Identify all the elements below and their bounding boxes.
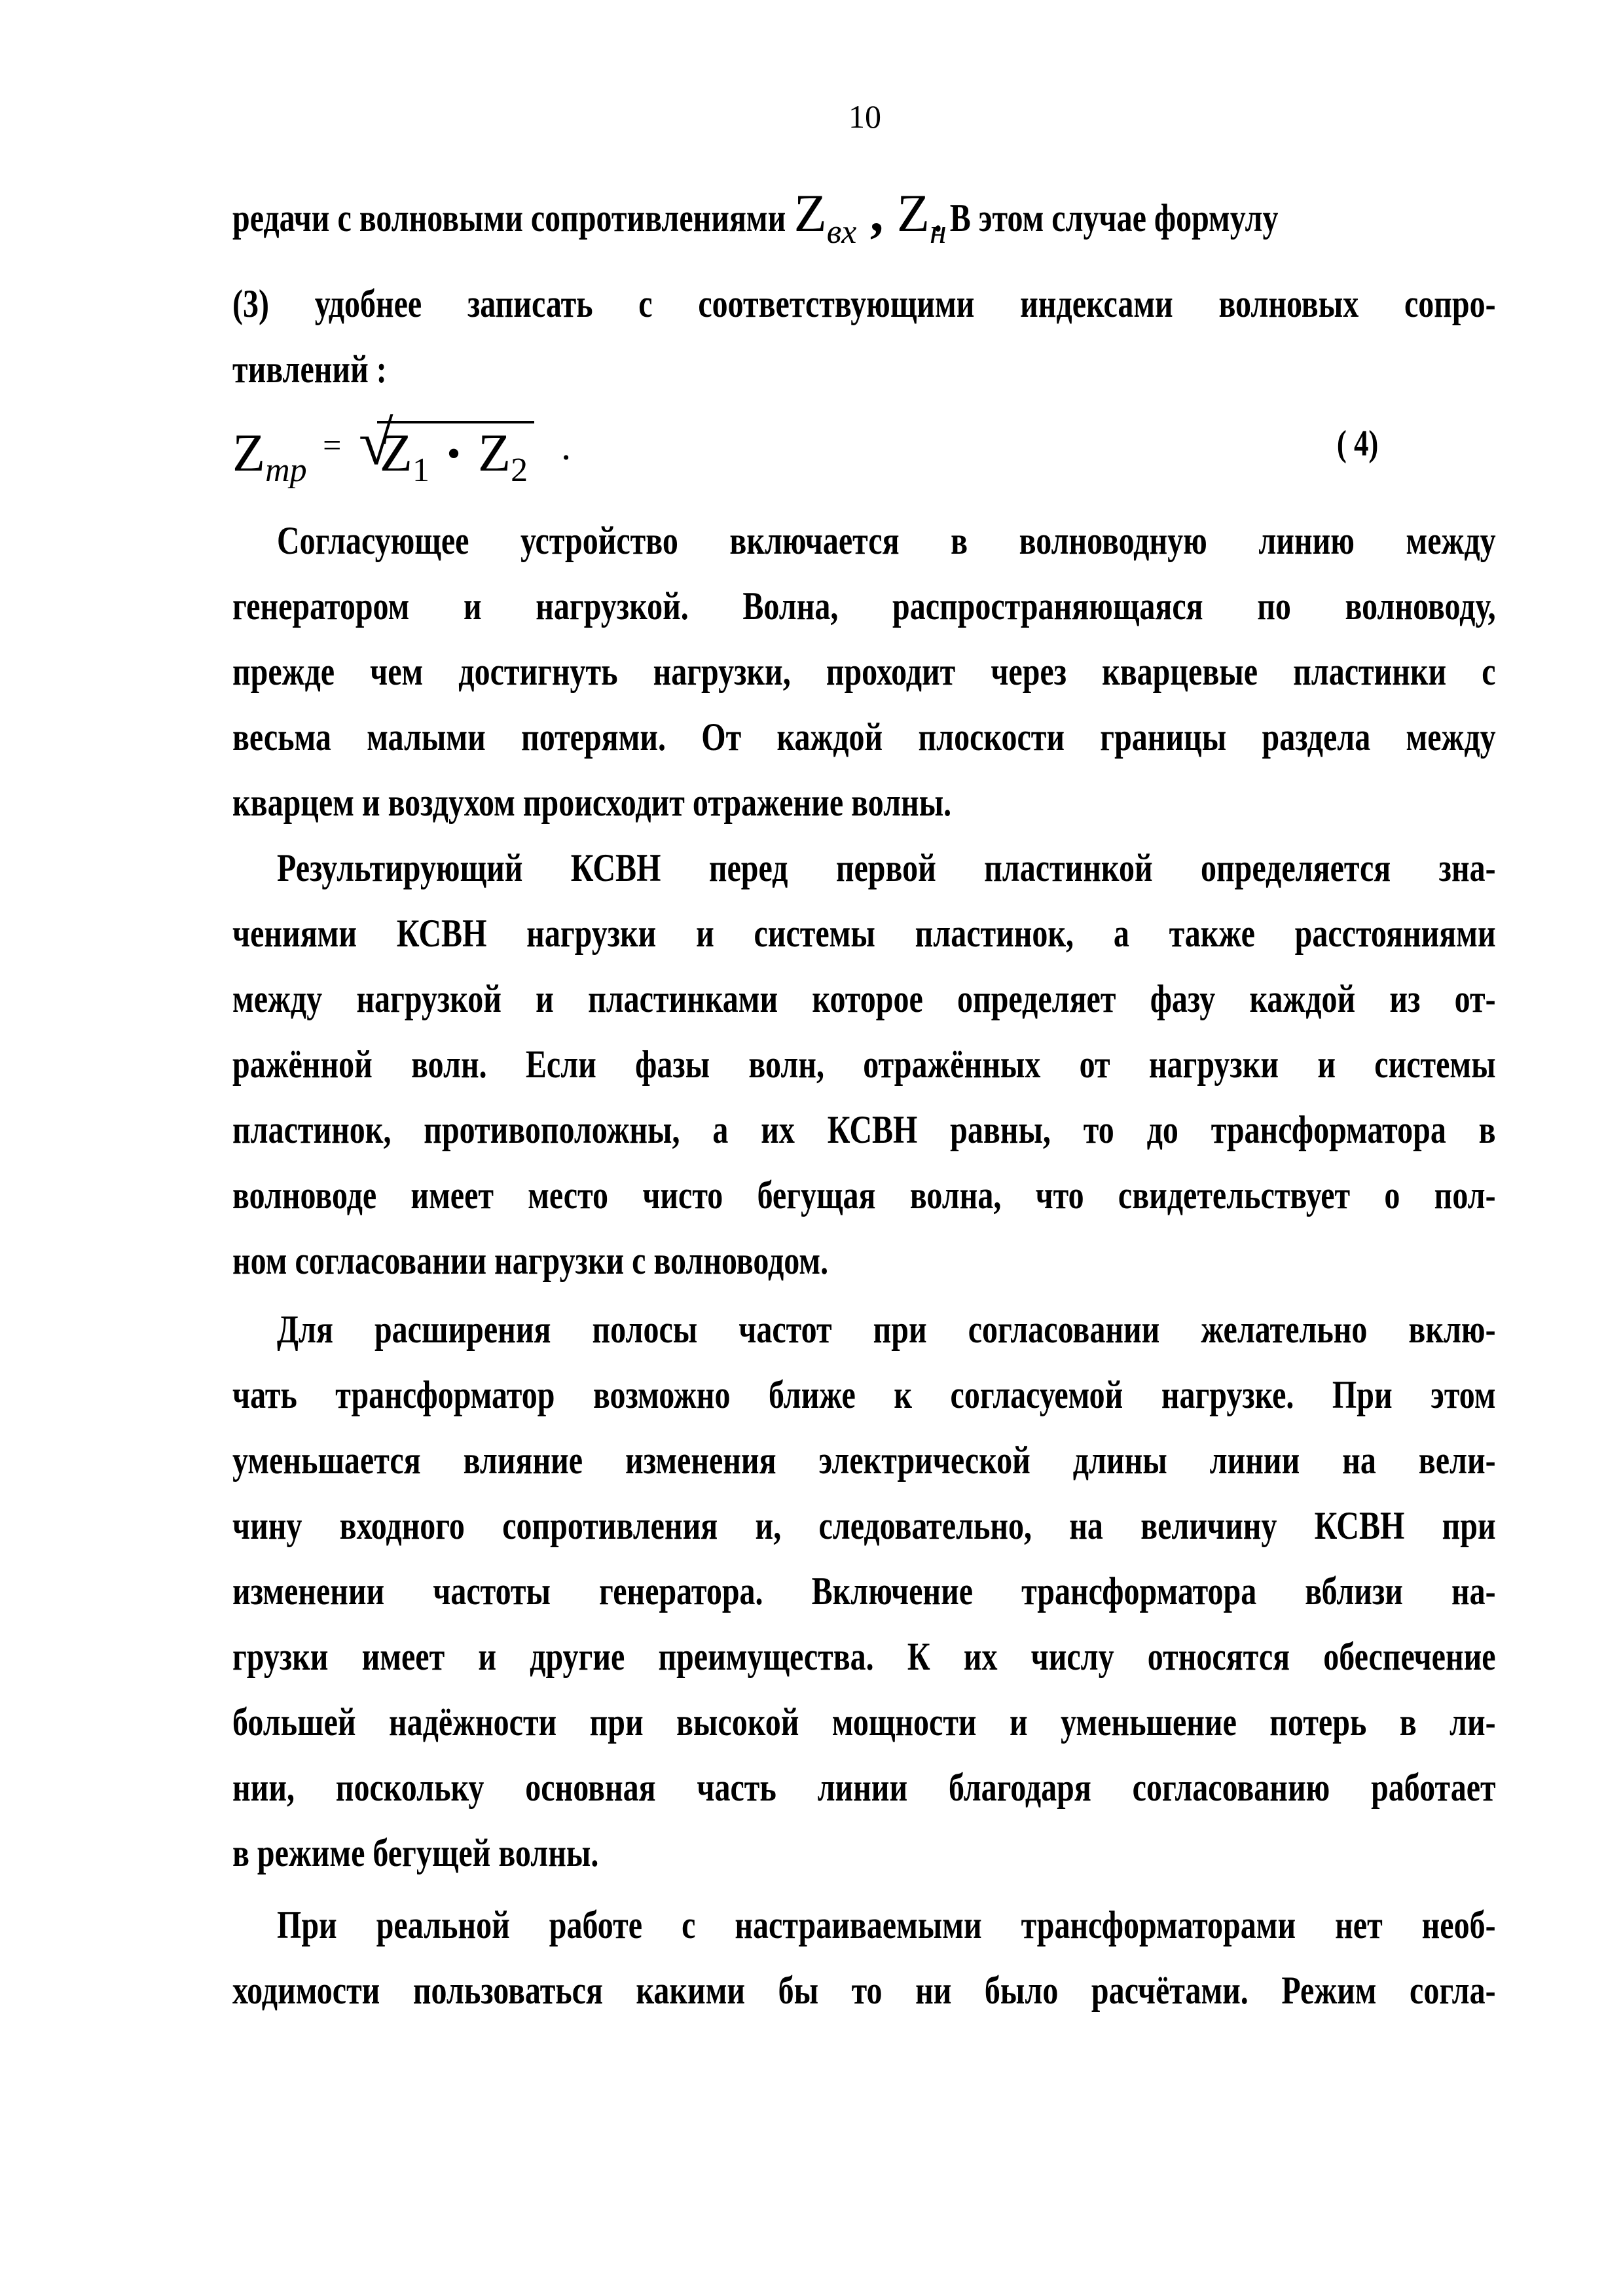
paragraph-line: весьма малыми потерями. От каждой плоско…	[232, 713, 1496, 761]
paragraph-line: грузки имеет и другие преимущества. К их…	[232, 1633, 1496, 1680]
equation-number: ( 4)	[1337, 420, 1378, 467]
paragraph-line: большей надёжности при высокой мощности …	[232, 1698, 1496, 1746]
inline-formula-impedances: Zвх , Zн	[793, 190, 946, 256]
formula-4: Zтр = √ Z1 • Z2 ·	[232, 412, 573, 503]
formula-z2-symbol: Z	[478, 423, 511, 482]
paragraph-line: нии, поскольку основная часть линии благ…	[232, 1764, 1496, 1811]
formula-trailing-dot: ·	[560, 436, 573, 479]
paragraph-line: Результирующий КСВН перед первой пластин…	[277, 844, 1496, 891]
impedance-load-subscript: н	[930, 213, 947, 251]
paragraph-line: кварцем и воздухом происходит отражение …	[232, 779, 1243, 826]
paragraph-line: пластинок, противоположны, а их КСВН рав…	[232, 1106, 1496, 1153]
paragraph-line: уменьшается влияние изменения электричес…	[232, 1437, 1496, 1484]
formula-equals: =	[323, 427, 341, 463]
formula-z1-subscript: 1	[412, 452, 429, 489]
formula-lhs-subscript: тр	[265, 452, 307, 489]
paragraph-line: чениями КСВН нагрузки и системы пластино…	[232, 910, 1496, 957]
paragraph-line: ном согласовании нагрузки с волноводом.	[232, 1237, 1243, 1284]
formula-multiply-operator: •	[447, 432, 460, 475]
impedance-load-symbol: Z	[897, 183, 930, 243]
paragraph-line: чать трансформатор возможно ближе к согл…	[232, 1371, 1496, 1418]
impedance-in-symbol: Z	[793, 183, 826, 243]
intro-line-3: тивлений :	[232, 346, 1243, 393]
paragraph-line: между нагрузкой и пластинками которое оп…	[232, 975, 1496, 1022]
formula-4-row: Zтр = √ Z1 • Z2 · ( 4)	[232, 412, 1496, 484]
intro-line-1: редачи с волновыми сопротивлениями Zвх ,…	[232, 190, 1243, 256]
paragraph-line: чину входного сопротивления и, следовате…	[232, 1502, 1496, 1549]
impedance-in-subscript: вх	[826, 213, 856, 251]
formula-square-root: √ Z1 • Z2	[359, 416, 534, 500]
intro-text-after: . В этом случае формулу	[934, 196, 1279, 240]
radical-sign-icon: √	[359, 410, 393, 476]
paragraph-line: волноводе имеет место чисто бегущая волн…	[232, 1172, 1496, 1219]
intro-line-2: (3) удобнее записать с соответствующими …	[232, 280, 1496, 327]
impedance-separator: ,	[856, 183, 897, 243]
paragraph-line: в режиме бегущей волны.	[232, 1829, 1243, 1876]
paragraph-line: прежде чем достигнуть нагрузки, проходит…	[232, 648, 1496, 695]
intro-text-before: редачи с волновыми сопротивлениями	[232, 196, 793, 240]
paragraph-line: ходимости пользоваться какими бы то ни б…	[232, 1967, 1496, 2014]
paragraph-line: изменении частоты генератора. Включение …	[232, 1568, 1496, 1615]
paragraph-line: Для расширения полосы частот при согласо…	[277, 1306, 1496, 1353]
paragraph-line: ражённой волн. Если фазы волн, отражённы…	[232, 1041, 1496, 1088]
formula-radicand: Z1 • Z2	[377, 421, 534, 500]
formula-lhs-symbol: Z	[232, 423, 265, 482]
formula-z2-subscript: 2	[511, 452, 528, 489]
paragraph-line: Согласующее устройство включается в волн…	[277, 517, 1496, 564]
paragraph-line: При реальной работе с настраиваемыми тра…	[277, 1901, 1496, 1948]
paragraph-line: генератором и нагрузкой. Волна, распрост…	[232, 583, 1496, 630]
page-number: 10	[848, 97, 881, 136]
